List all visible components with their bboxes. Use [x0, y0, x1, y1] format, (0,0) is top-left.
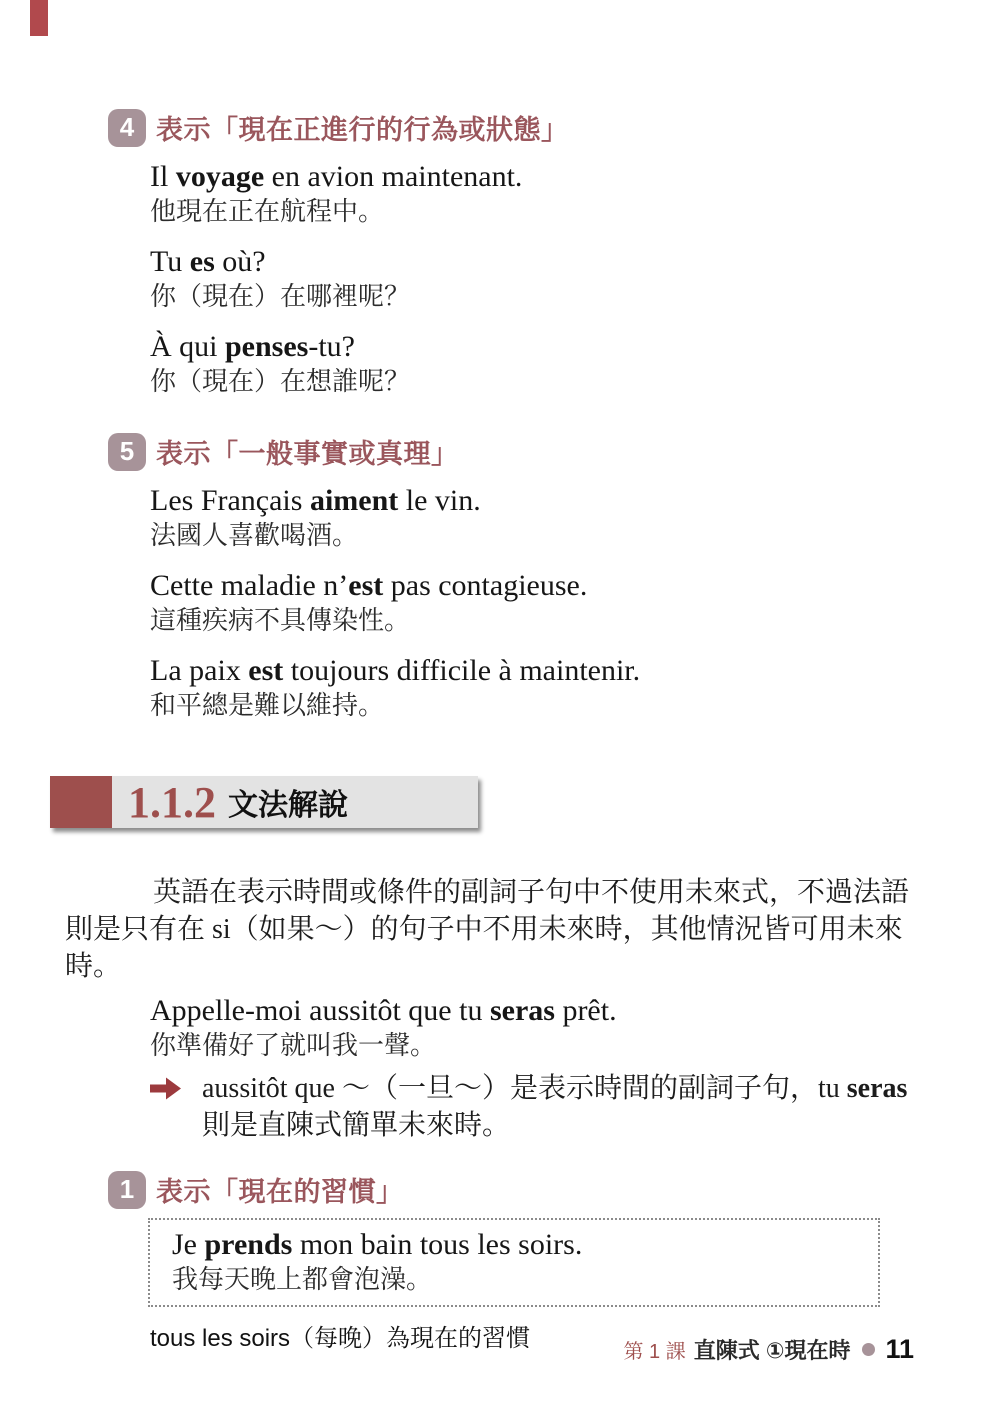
heading-red-block	[50, 776, 112, 828]
example-list: Les Français aiment le vin.法國人喜歡喝酒。Cette…	[150, 485, 935, 720]
corner-tab-decoration	[30, 0, 48, 36]
example: Appelle-moi aussitôt que tu seras prêt. …	[150, 995, 935, 1060]
section-general-truth: 5 表示「一般事實或真理」 Les Français aiment le vin…	[65, 432, 935, 720]
section-number-badge: 4	[108, 109, 146, 147]
footer-page-number: 11	[885, 1334, 914, 1365]
example: Il voyage en avion maintenant.他現在正在航程中。	[150, 161, 935, 226]
section-present-progressive: 4 表示「現在正進行的行為或狀態」 Il voyage en avion mai…	[65, 108, 935, 396]
heading-gray-bar: 1.1.2 文法解說	[112, 776, 478, 828]
example-french: Les Français aiment le vin.	[150, 485, 935, 517]
grammar-section-heading: 1.1.2 文法解說	[50, 776, 478, 828]
example-french: Appelle-moi aussitôt que tu seras prêt.	[150, 995, 935, 1027]
example-chinese-translation: 你（現在）在想誰呢？	[150, 368, 935, 396]
example-list: Il voyage en avion maintenant.他現在正在航程中。T…	[150, 161, 935, 396]
grammar-explanation-paragraph: 英語在表示時間或條件的副詞子句中不使用未來式，不過法語則是只有在 si（如果～）…	[65, 874, 935, 985]
grammar-note: aussitôt que ～（一旦～）是表示時間的副詞子句，tu seras 則…	[150, 1070, 922, 1144]
footer-chapter-title: 直陳式 ①現在時	[694, 1334, 851, 1365]
textbook-page: 4 表示「現在正進行的行為或狀態」 Il voyage en avion mai…	[0, 0, 1000, 1416]
example: Les Français aiment le vin.法國人喜歡喝酒。	[150, 485, 935, 550]
example-chinese-translation: 你準備好了就叫我一聲。	[150, 1032, 935, 1060]
example-chinese-translation: 法國人喜歡喝酒。	[150, 522, 935, 550]
heading-title: 文法解說	[228, 780, 348, 824]
example-chinese-translation: 和平總是難以維持。	[150, 692, 935, 720]
example-french: Cette maladie n’est pas contagieuse.	[150, 570, 935, 602]
example-french: La paix est toujours difficile à mainten…	[150, 655, 935, 687]
example-chinese-translation: 我每天晚上都會泡澡。	[172, 1266, 868, 1294]
example-french: À qui penses-tu?	[150, 331, 935, 363]
section-header: 5 表示「一般事實或真理」	[108, 432, 935, 471]
heading-number: 1.1.2	[128, 781, 216, 825]
example-chinese-translation: 你（現在）在哪裡呢？	[150, 283, 935, 311]
example-chinese-translation: 他現在正在航程中。	[150, 198, 935, 226]
footer-dot-icon	[862, 1343, 875, 1356]
grammar-note-text: aussitôt que ～（一旦～）是表示時間的副詞子句，tu seras 則…	[202, 1070, 922, 1144]
footer-lesson-label: 第 1 課	[623, 1335, 685, 1364]
example: Cette maladie n’est pas contagieuse.這種疾病…	[150, 570, 935, 635]
example-chinese-translation: 這種疾病不具傳染性。	[150, 607, 935, 635]
section-title: 表示「一般事實或真理」	[156, 432, 459, 471]
example-french: Je prends mon bain tous les soirs.	[172, 1229, 868, 1261]
page-footer: 第 1 課 直陳式 ①現在時 11	[623, 1334, 914, 1365]
boxed-example: Je prends mon bain tous les soirs. 我每天晚上…	[148, 1218, 880, 1307]
section-present-habit: 1 表示「現在的習慣」 Je prends mon bain tous les …	[65, 1170, 935, 1353]
example-french: Il voyage en avion maintenant.	[150, 161, 935, 193]
section-number-badge: 5	[108, 433, 146, 471]
example: La paix est toujours difficile à mainten…	[150, 655, 935, 720]
section-title: 表示「現在正進行的行為或狀態」	[156, 108, 569, 147]
section-title: 表示「現在的習慣」	[156, 1170, 404, 1209]
example-french: Tu es où?	[150, 246, 935, 278]
example: À qui penses-tu?你（現在）在想誰呢？	[150, 331, 935, 396]
example: Tu es où?你（現在）在哪裡呢？	[150, 246, 935, 311]
section-header: 4 表示「現在正進行的行為或狀態」	[108, 108, 935, 147]
right-arrow-icon	[150, 1070, 202, 1144]
section-number-badge: 1	[108, 1171, 146, 1209]
section-header: 1 表示「現在的習慣」	[108, 1170, 935, 1209]
